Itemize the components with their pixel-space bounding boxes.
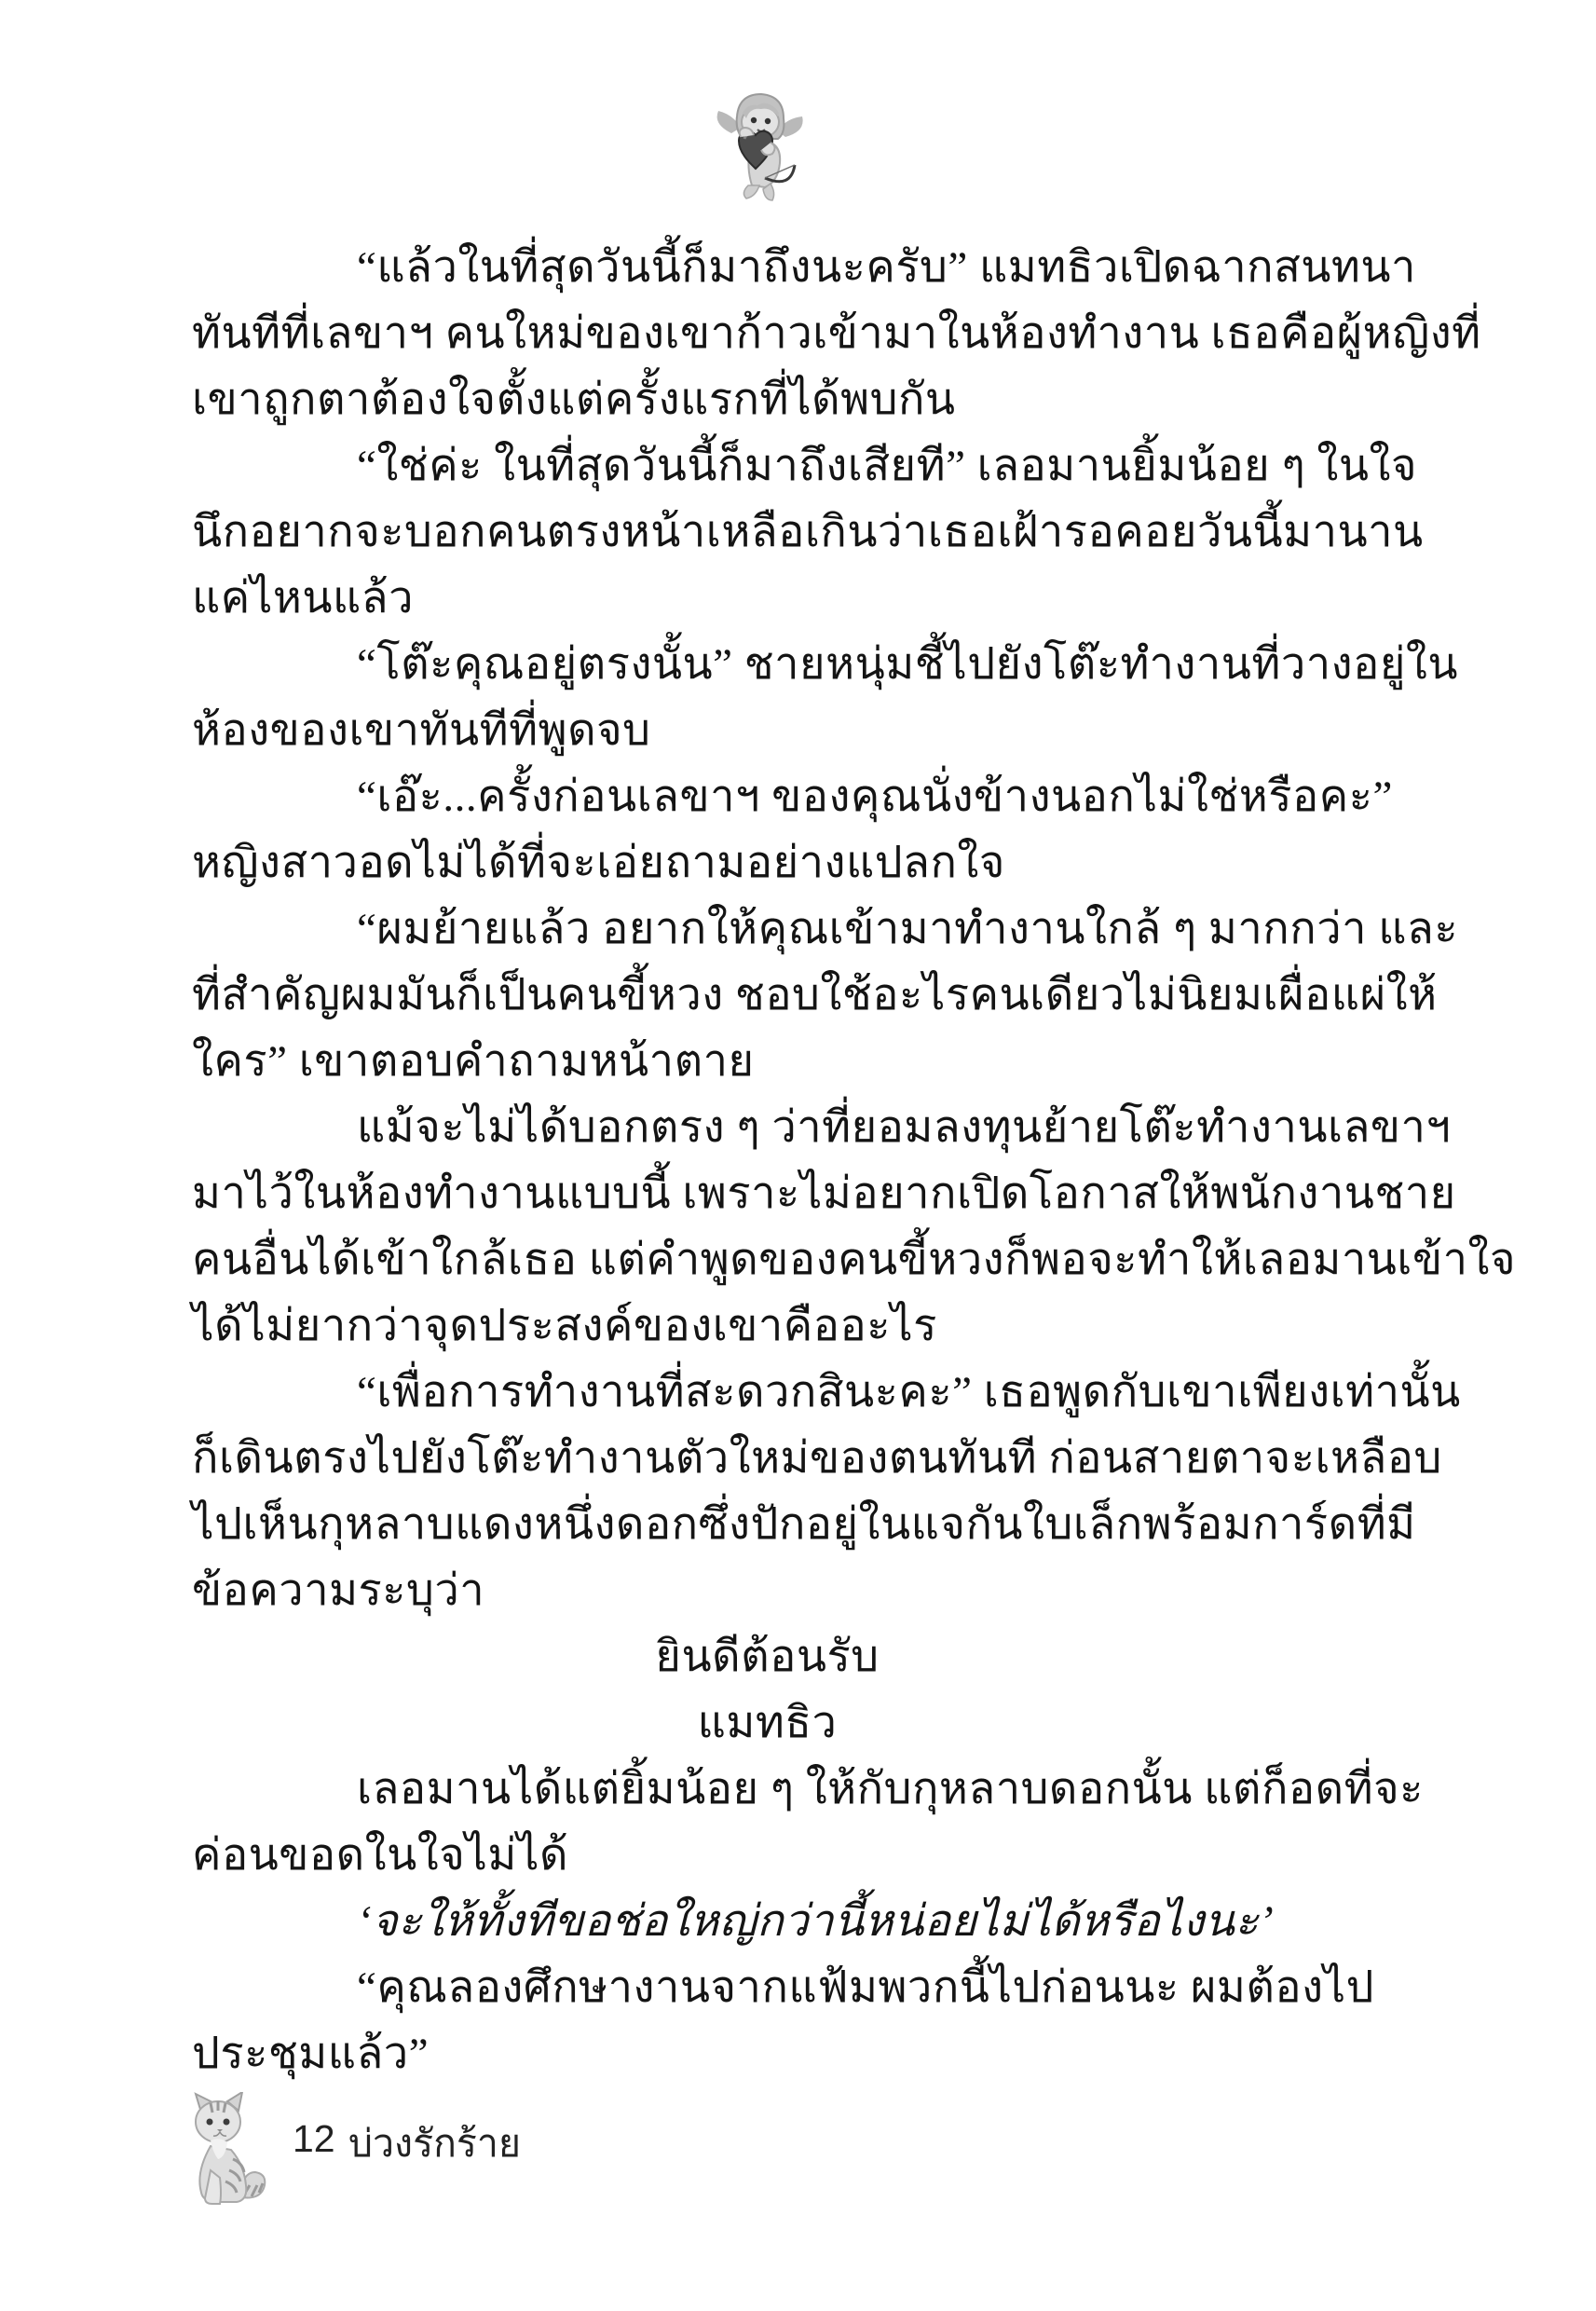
text-line: “เพื่อการทำงานที่สะดวกสินะคะ” เธอพูดกับเ…: [192, 1360, 1343, 1426]
book-title: บ่วงรักร้าย: [348, 2113, 521, 2174]
page-number: 12: [293, 2117, 335, 2161]
text-line: ใคร” เขาตอบคำถามหน้าตาย: [192, 1029, 1343, 1095]
inner-thought-line: ‘จะให้ทั้งทีขอช่อใหญ่กว่านี้หน่อยไม่ได้ห…: [192, 1889, 1343, 1955]
text-line: แม้จะไม่ได้บอกตรง ๆ ว่าที่ยอมลงทุนย้ายโต…: [192, 1095, 1343, 1161]
text-line: ก็เดินตรงไปยังโต๊ะทำงานตัวใหม่ของตนทันที…: [192, 1426, 1343, 1492]
text-line: มาไว้ในห้องทำงานแบบนี้ เพราะไม่อยากเปิดโ…: [192, 1161, 1343, 1227]
text-line: ค่อนขอดในใจไม่ได้: [192, 1823, 1343, 1889]
text-line: แค่ไหนแล้ว: [192, 566, 1343, 632]
text-line: ห้องของเขาทันทีที่พูดจบ: [192, 698, 1343, 764]
text-line: นึกอยากจะบอกคนตรงหน้าเหลือเกินว่าเธอเฝ้า…: [192, 499, 1343, 566]
card-line-welcome: ยินดีต้อนรับ: [192, 1624, 1343, 1690]
text-line: “แล้วในที่สุดวันนี้ก็มาถึงนะครับ” แมทธิว…: [192, 235, 1343, 301]
card-line-signature: แมทธิว: [192, 1690, 1343, 1757]
text-line: คนอื่นได้เข้าใกล้เธอ แต่คำพูดของคนขี้หวง…: [192, 1227, 1343, 1293]
text-line: ไปเห็นกุหลาบแดงหนึ่งดอกซึ่งปักอยู่ในแจกั…: [192, 1492, 1343, 1558]
book-page: { "header": { "cupid_icon": "cupid-huggi…: [0, 0, 1596, 2311]
text-line: ได้ไม่ยากว่าจุดประสงค์ของเขาคืออะไร: [192, 1293, 1343, 1360]
text-line: “เอ๊ะ...ครั้งก่อนเลขาฯ ของคุณนั่งข้างนอก…: [192, 764, 1343, 830]
text-line: “ผมย้ายแล้ว อยากให้คุณเข้ามาทำงานใกล้ ๆ …: [192, 896, 1343, 963]
text-line: เลอมานได้แต่ยิ้มน้อย ๆ ให้กับกุหลาบดอกนั…: [192, 1757, 1343, 1823]
text-line: ที่สำคัญผมมันก็เป็นคนขี้หวง ชอบใช้อะไรคน…: [192, 963, 1343, 1029]
text-line: เขาถูกตาต้องใจตั้งแต่ครั้งแรกที่ได้พบกัน: [192, 367, 1343, 433]
text-line: “ใช่ค่ะ ในที่สุดวันนี้ก็มาถึงเสียที” เลอ…: [192, 433, 1343, 499]
kitten-icon: [183, 2092, 272, 2208]
cupid-heart-icon: [705, 89, 810, 208]
page-body-text: “แล้วในที่สุดวันนี้ก็มาถึงนะครับ” แมทธิว…: [192, 235, 1343, 2087]
text-line: “โต๊ะคุณอยู่ตรงนั้น” ชายหนุ่มชี้ไปยังโต๊…: [192, 632, 1343, 698]
text-line: ข้อความระบุว่า: [192, 1558, 1343, 1624]
text-line: ประชุมแล้ว”: [192, 2021, 1343, 2087]
text-line: หญิงสาวอดไม่ได้ที่จะเอ่ยถามอย่างแปลกใจ: [192, 830, 1343, 896]
text-line: ทันทีที่เลขาฯ คนใหม่ของเขาก้าวเข้ามาในห้…: [192, 301, 1343, 367]
text-line: “คุณลองศึกษางานจากแฟ้มพวกนี้ไปก่อนนะ ผมต…: [192, 1955, 1343, 2021]
